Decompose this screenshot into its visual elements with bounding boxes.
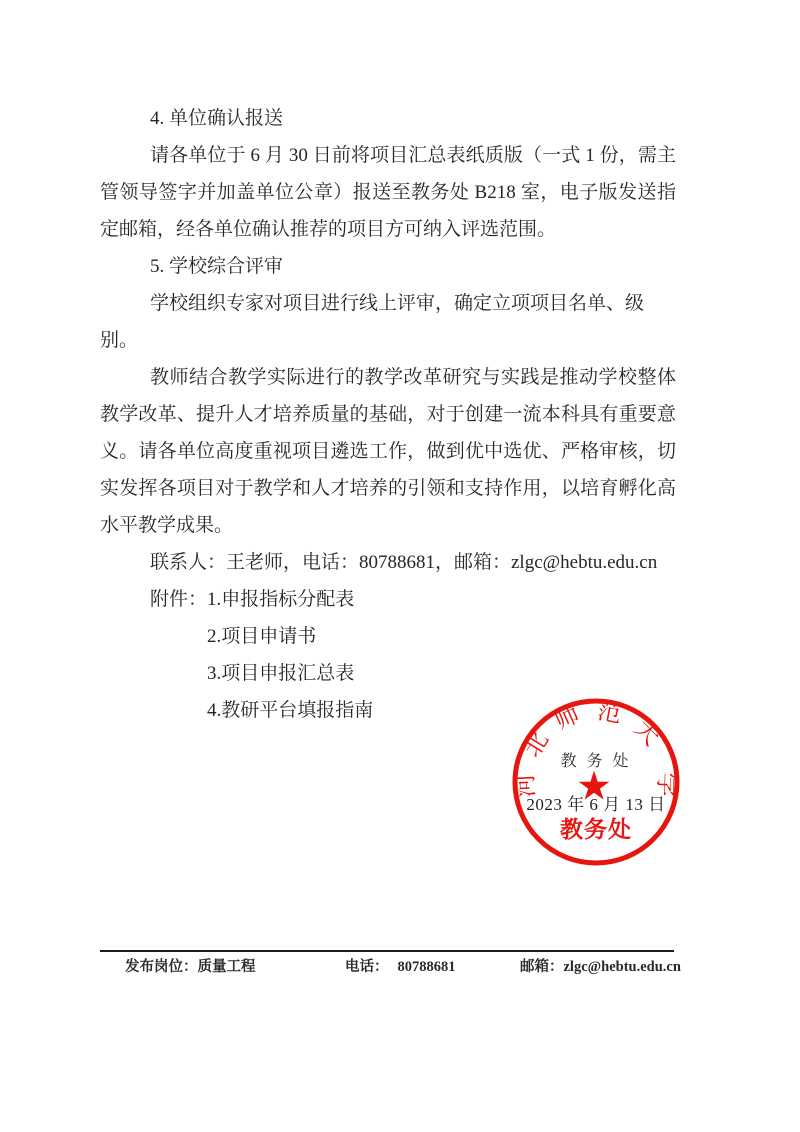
attachment-item: 3.项目申报汇总表	[207, 655, 373, 692]
attachment-item: 2.项目申请书	[207, 618, 373, 655]
footer-post: 发布岗位：质量工程	[125, 955, 256, 976]
footer-post-label: 发布岗位：	[125, 959, 198, 975]
section4-heading: 4. 单位确认报送	[100, 100, 676, 137]
footer-email: 邮箱：zlgc@hebtu.edu.cn	[520, 955, 681, 976]
footer-phone: 电话：80788681	[345, 955, 456, 976]
footer-phone-value: 80788681	[398, 959, 456, 975]
contact-line: 联系人：王老师，电话：80788681，邮箱：zlgc@hebtu.edu.cn	[100, 544, 676, 581]
attachments-label: 附件：	[150, 581, 207, 729]
footer: 发布岗位：质量工程 电话：80788681 邮箱：zlgc@hebtu.edu.…	[0, 955, 800, 977]
seal-arc-char: 师	[551, 700, 584, 734]
footer-post-value: 质量工程	[198, 959, 256, 975]
document-page: 4. 单位确认报送 请各单位于 6 月 30 日前将项目汇总表纸质版（一式 1 …	[0, 0, 800, 1132]
seal-bottom-label: 教务处	[560, 816, 632, 842]
section5-paragraph: 学校组织专家对项目进行线上评审，确定立项项目名单、级别。	[100, 285, 676, 359]
seal-arc-char: 范	[595, 697, 624, 728]
attachments-list: 1.申报指标分配表 2.项目申请书 3.项目申报汇总表 4.教研平台填报指南	[207, 581, 373, 729]
attachment-item: 4.教研平台填报指南	[207, 692, 373, 729]
footer-divider	[100, 950, 674, 952]
footer-email-value: zlgc@hebtu.edu.cn	[564, 959, 681, 975]
document-body: 4. 单位确认报送 请各单位于 6 月 30 日前将项目汇总表纸质版（一式 1 …	[100, 100, 676, 729]
closing-paragraph: 教师结合教学实际进行的教学改革研究与实践是推动学校整体教学改革、提升人才培养质量…	[100, 359, 676, 544]
seal-arc-char: 大	[629, 715, 665, 751]
issuing-department-line: 教 务 处	[501, 748, 691, 771]
official-seal: 河 北 师 范 大 学 ★ 教务处	[501, 687, 691, 877]
footer-phone-label: 电话：	[345, 959, 389, 975]
section5-heading: 5. 学校综合评审	[100, 248, 676, 285]
section4-paragraph: 请各单位于 6 月 30 日前将项目汇总表纸质版（一式 1 份，需主管领导签字并…	[100, 137, 676, 248]
issue-date-line: 2023 年 6 月 13 日	[501, 790, 691, 815]
attachment-item: 1.申报指标分配表	[207, 581, 373, 618]
footer-email-label: 邮箱：	[520, 959, 564, 975]
